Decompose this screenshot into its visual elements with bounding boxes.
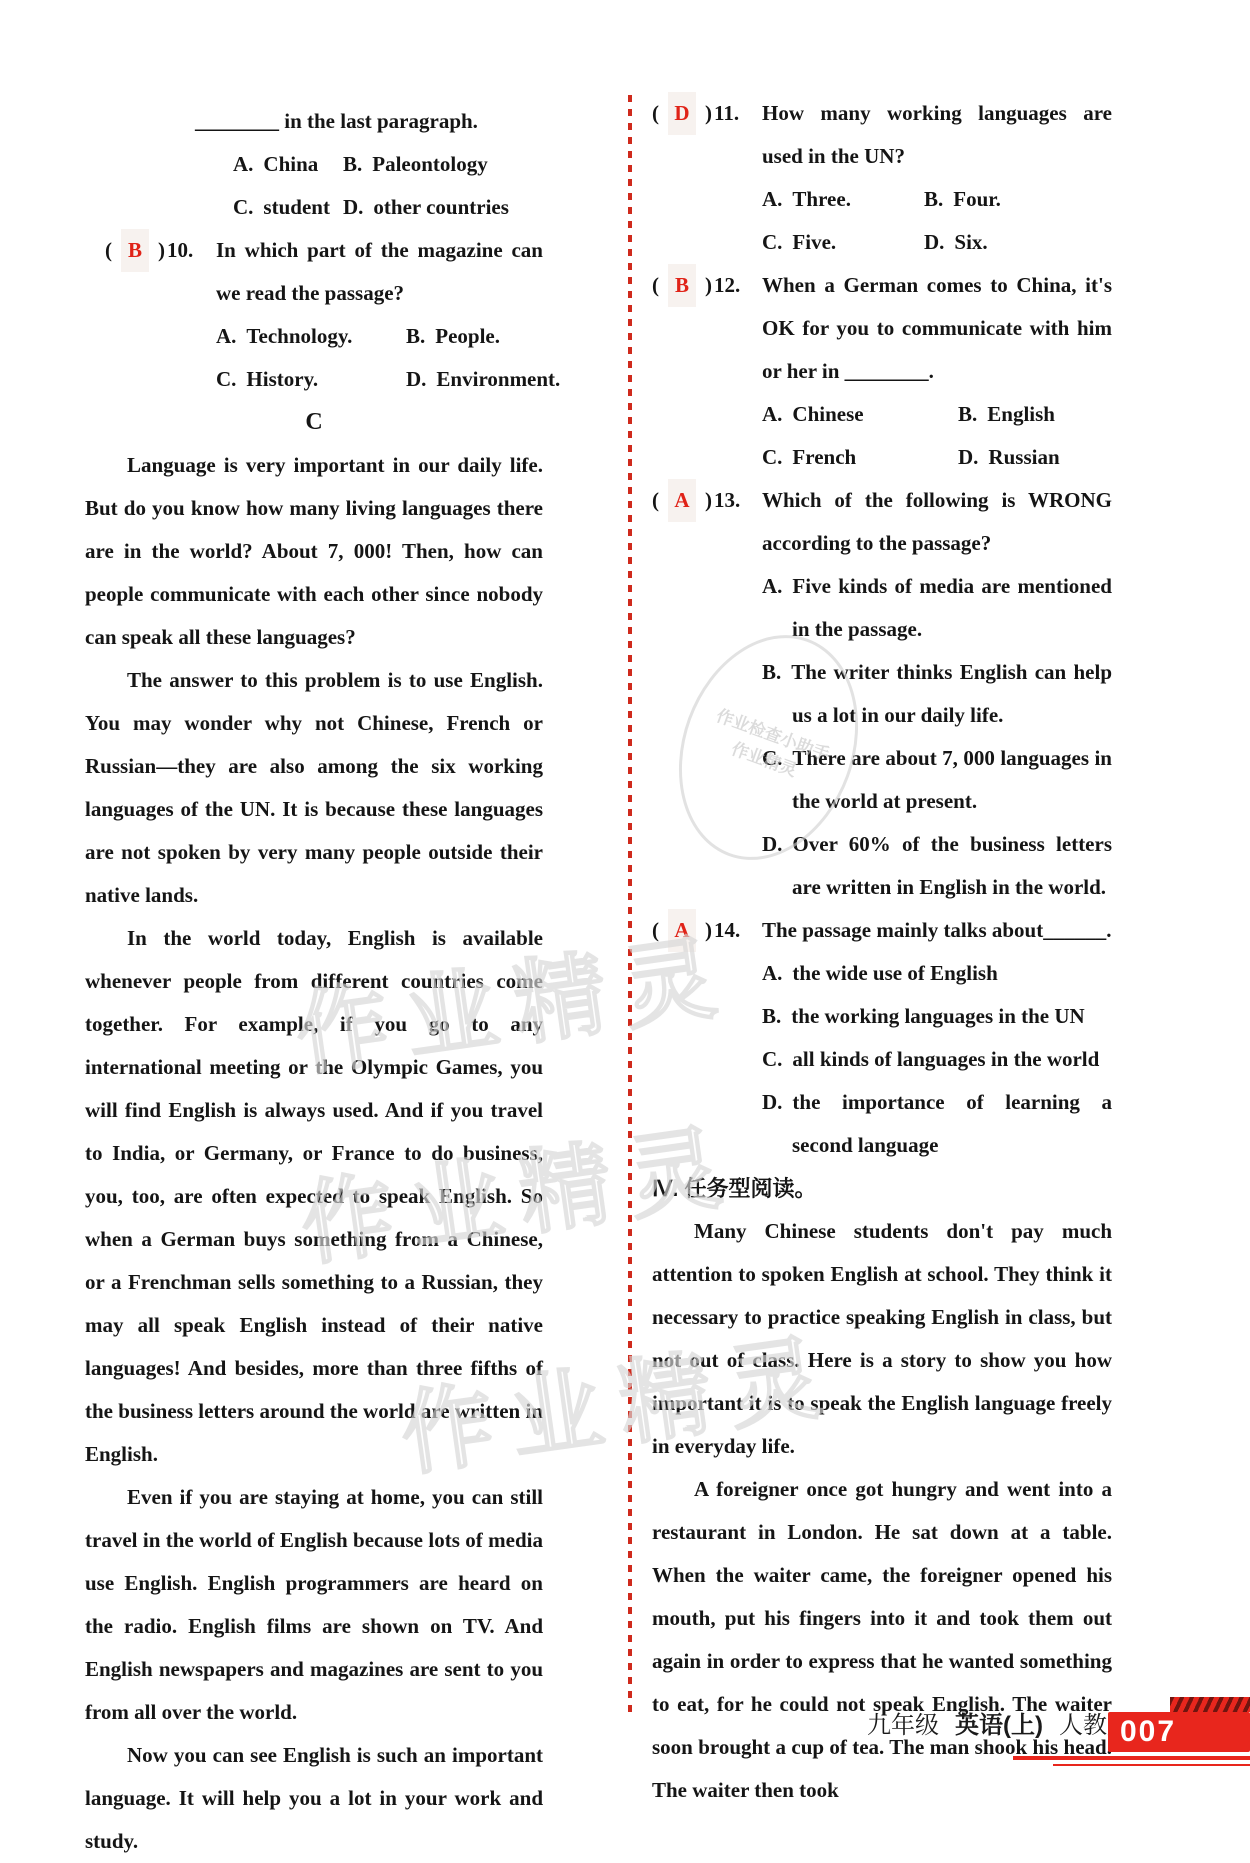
page-number-badge: 007 [1108,1712,1250,1752]
footer-grade: 九年级 [867,1712,939,1739]
passage-paragraph: Many Chinese students don't pay much att… [652,1210,1112,1468]
question-number: 12. [714,264,740,307]
answer-cell: (A)14. [652,909,762,1167]
option-b: B.Four. [924,178,1112,221]
option-d: D.Over 60% of the business letters are w… [762,823,1112,909]
passage-paragraph: A foreigner once got hungry and went int… [652,1468,1112,1812]
passage-paragraph: The answer to this problem is to use Eng… [85,659,543,917]
question-text: The passage mainly talks about______. [762,909,1112,952]
question-14: (A)14. The passage mainly talks about___… [652,909,1112,1167]
option-c: C.Five. [762,221,924,264]
option-d: D.Six. [924,221,1112,264]
option-a: A.China [233,143,343,186]
option-a: A.Chinese [762,393,958,436]
section-4-heading: Ⅳ. 任务型阅读。 [652,1167,1112,1210]
option-b: B.the working languages in the UN [762,995,1112,1038]
workbook-page: ________ in the last paragraph. A.China … [0,0,1250,1863]
answer-cell: (D)11. [652,92,762,264]
option-b: B.English [958,393,1112,436]
option-c: C.History. [216,358,406,401]
answer-letter: A [668,479,696,522]
passage-paragraph: Now you can see English is such an impor… [85,1734,543,1863]
question-text: Which of the following is WRONG accordin… [762,479,1112,565]
question-9-tail-line: ________ in the last paragraph. [85,100,543,143]
option-c: C.There are about 7, 000 languages in th… [762,737,1112,823]
question-number: 11. [714,92,739,135]
footer-rule [1013,1756,1250,1760]
option-c: C.all kinds of languages in the world [762,1038,1112,1081]
option-a: A.Technology. [216,315,406,358]
option-d: D.other countries [343,186,543,229]
passage-c-heading: C [85,401,543,444]
question-12-options: A.Chinese B.English C.French D.Russian [762,393,1112,479]
option-a: A.Three. [762,178,924,221]
answer-letter: B [121,229,149,272]
question-text: When a German comes to China, it's OK fo… [762,264,1112,393]
option-d: D.Russian [958,436,1112,479]
option-a: A.the wide use of English [762,952,1112,995]
question-13: (A)13. Which of the following is WRONG a… [652,479,1112,909]
option-c: C.French [762,436,958,479]
answer-cell: (B)12. [652,264,762,479]
question-10: (B)10. In which part of the magazine can… [85,229,543,401]
passage-paragraph: Language is very important in our daily … [85,444,543,659]
left-column: ________ in the last paragraph. A.China … [85,100,543,1863]
answer-cell: (B)10. [85,229,216,401]
answer-cell: (A)13. [652,479,762,909]
question-number: 14. [714,909,740,952]
option-b: B.The writer thinks English can help us … [762,651,1112,737]
answer-letter: A [668,909,696,952]
question-number: 10. [167,229,193,272]
question-11: (D)11. How many working languages are us… [652,92,1112,264]
question-9-tail: ________ in the last paragraph. A.China … [85,100,543,229]
footer-subject: 英语(上) [955,1712,1043,1739]
right-column: (D)11. How many working languages are us… [652,92,1112,1812]
footer-rule [1053,1764,1250,1766]
passage-paragraph: In the world today, English is available… [85,917,543,1476]
badge-stripes-decoration [1170,1697,1250,1712]
option-d: D.Environment. [406,358,560,401]
question-number: 13. [714,479,740,522]
question-12: (B)12. When a German comes to China, it'… [652,264,1112,479]
option-b: B.People. [406,315,560,358]
question-9-options: A.China B.Paleontology C.student D.other… [233,143,543,229]
option-b: B.Paleontology [343,143,543,186]
answer-letter: B [668,264,696,307]
question-text: In which part of the magazine can we rea… [216,229,543,315]
footer-book-label: 九年级英语(上)人教版 [867,1706,1131,1746]
option-a: A.Five kinds of media are mentioned in t… [762,565,1112,651]
column-divider [628,95,632,1715]
question-10-options: A.Technology. B.People. C.History. D.Env… [216,315,543,401]
answer-blank: ________ [195,109,279,133]
option-c: C.student [233,186,343,229]
question-11-options: A.Three. B.Four. C.Five. D.Six. [762,178,1112,264]
option-d: D.the importance of learning a second la… [762,1081,1112,1167]
passage-paragraph: Even if you are staying at home, you can… [85,1476,543,1734]
question-text: How many working languages are used in t… [762,92,1112,178]
answer-letter: D [668,92,696,135]
page-number: 007 [1120,1714,1176,1750]
